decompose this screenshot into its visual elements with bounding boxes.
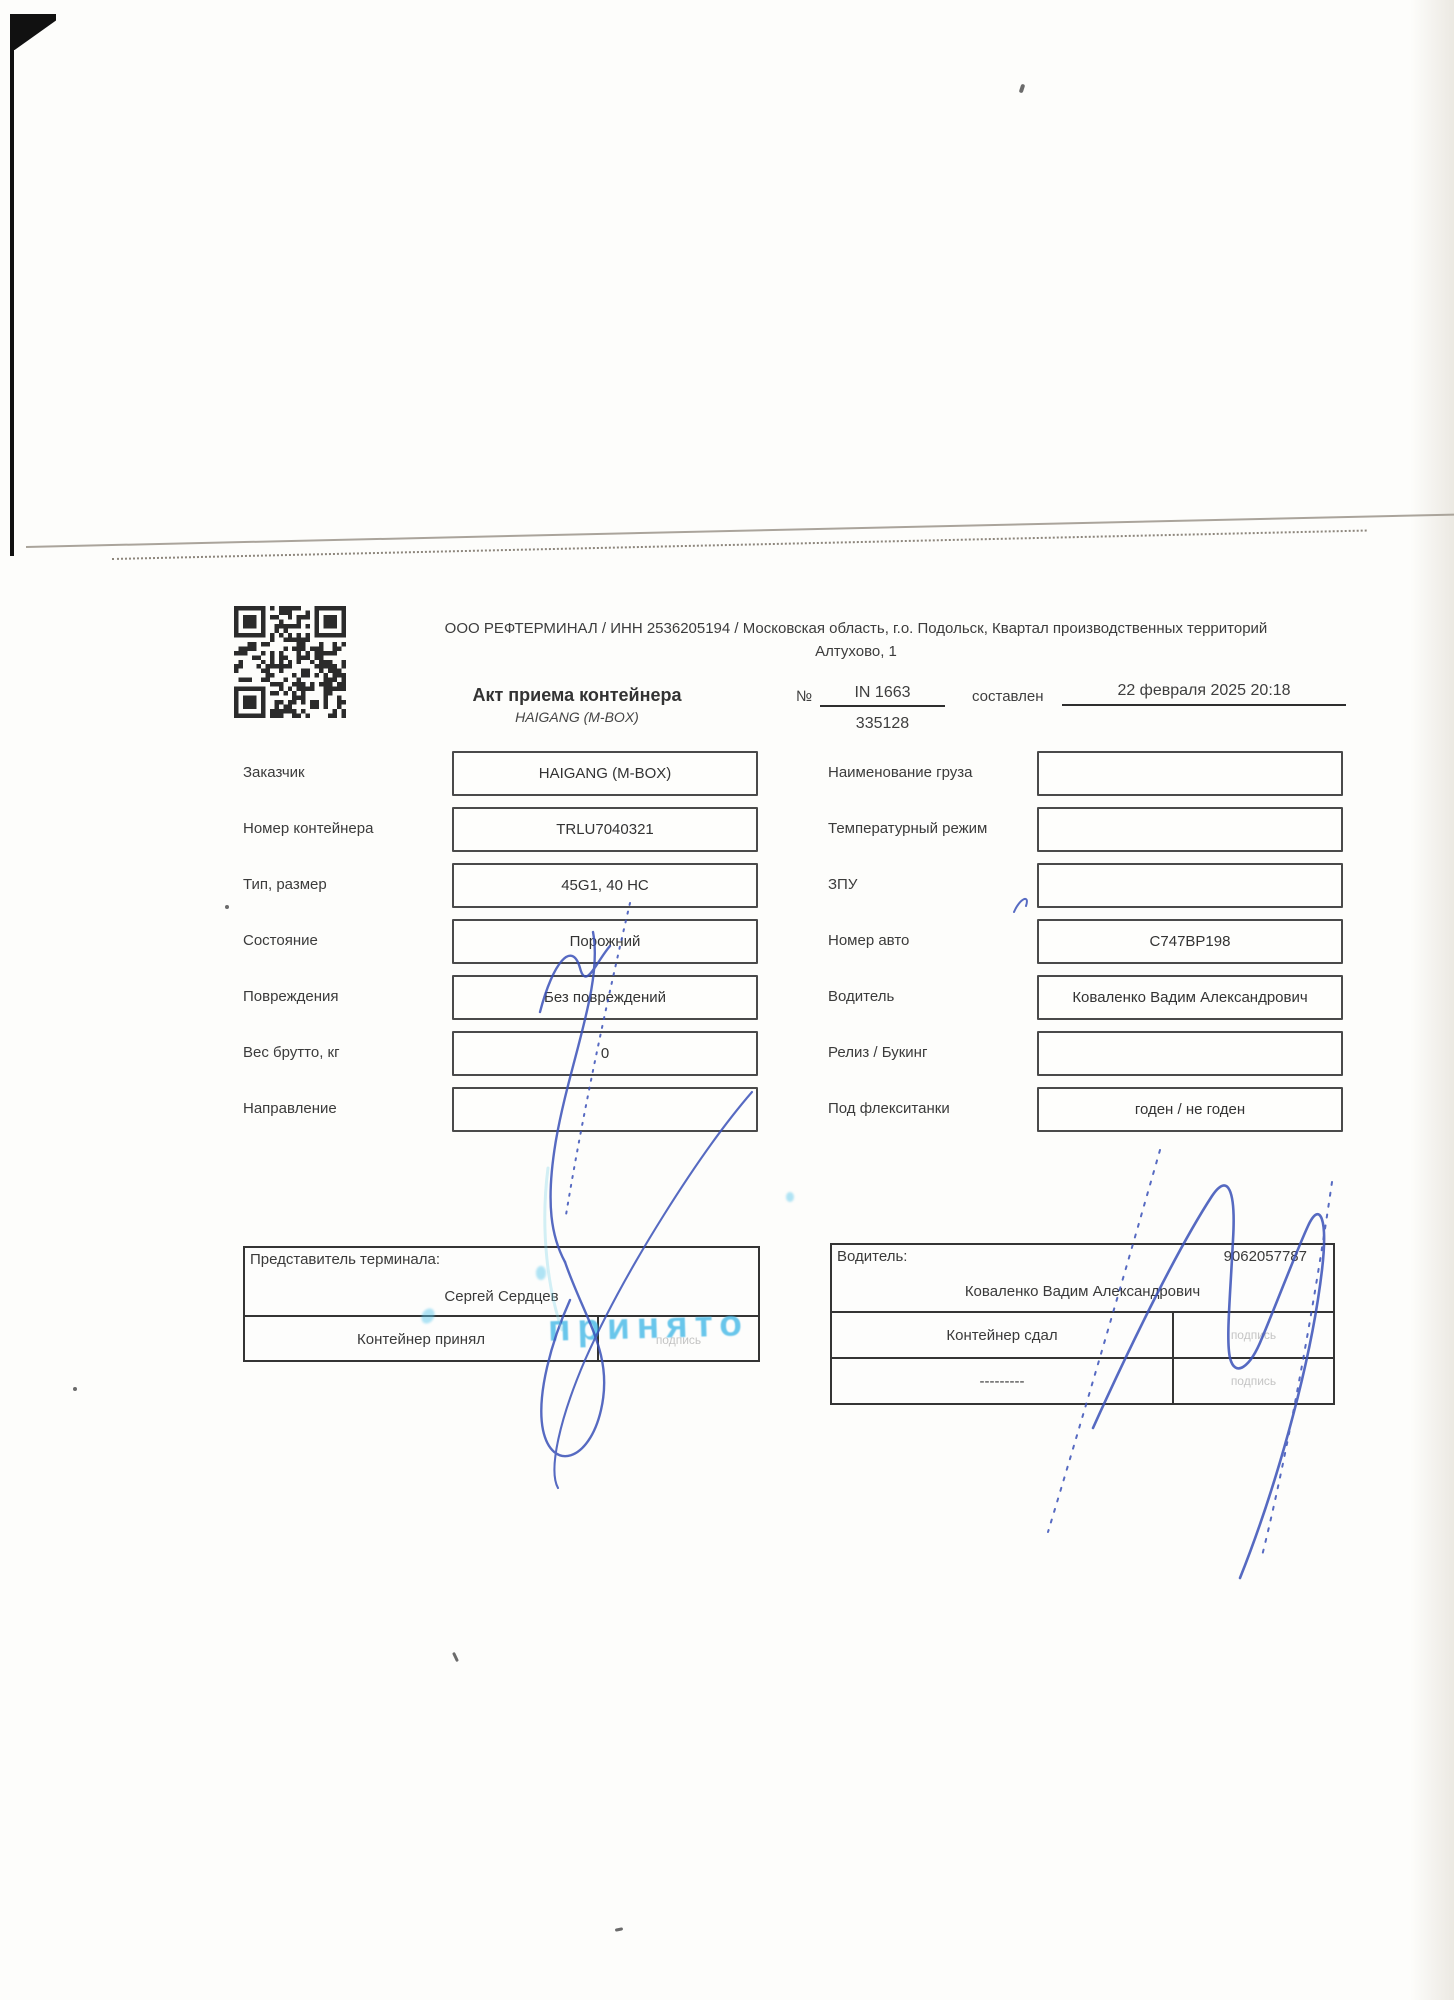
field-label-customer: Заказчик xyxy=(243,764,305,781)
field-label-cargo-name: Наименование груза xyxy=(828,764,973,781)
paper-fold-dotted-line xyxy=(112,530,1367,560)
field-value-type-size: 45G1, 40 HC xyxy=(452,863,758,908)
qr-code xyxy=(234,606,346,718)
driver-box-header: Водитель: xyxy=(837,1248,907,1265)
field-value-driver: Коваленко Вадим Александрович xyxy=(1037,975,1343,1020)
driver-name: Коваленко Вадим Александрович xyxy=(832,1283,1333,1300)
field-label-gross-weight: Вес брутто, кг xyxy=(243,1044,340,1061)
scanned-document: ООО РЕФТЕРМИНАЛ / ИНН 2536205194 / Моско… xyxy=(0,0,1454,2000)
composed-date: 22 февраля 2025 20:18 xyxy=(1062,682,1346,706)
field-value-cargo-name xyxy=(1037,751,1343,796)
field-label-damages: Повреждения xyxy=(243,988,339,1005)
ink-speck xyxy=(452,1652,459,1662)
field-label-condition: Состояние xyxy=(243,932,318,949)
stamp-smudge xyxy=(536,1266,546,1280)
field-label-temperature: Температурный режим xyxy=(828,820,987,837)
field-value-container-no: TRLU7040321 xyxy=(452,807,758,852)
field-label-direction: Направление xyxy=(243,1100,337,1117)
driver-phone: 9062057787 xyxy=(1224,1248,1307,1265)
org-line2: Алтухово, 1 xyxy=(815,643,897,660)
field-label-truck-no: Номер авто xyxy=(828,932,909,949)
field-value-condition: Порожний xyxy=(452,919,758,964)
terminal-representative-name: Сергей Сердцев xyxy=(245,1288,758,1305)
field-value-release-booking xyxy=(1037,1031,1343,1076)
document-title: Акт приема контейнера xyxy=(427,685,727,706)
field-value-damages: Без повреждений xyxy=(452,975,758,1020)
scan-corner-artifact xyxy=(10,14,56,50)
driver-action-label: Контейнер сдал xyxy=(832,1313,1172,1357)
field-value-customer: HAIGANG (M-BOX) xyxy=(452,751,758,796)
field-value-seal xyxy=(1037,863,1343,908)
accepted-stamp: принято xyxy=(547,1302,749,1350)
driver-signature-cell-1: подпись xyxy=(1172,1313,1333,1357)
ink-speck xyxy=(1019,84,1026,94)
ink-speck xyxy=(73,1387,77,1391)
composed-label: составлен xyxy=(972,688,1044,705)
terminal-action-label: Контейнер принял xyxy=(245,1317,597,1362)
field-value-truck-no: С747ВР198 xyxy=(1037,919,1343,964)
driver-box: Водитель: 9062057787 Коваленко Вадим Але… xyxy=(830,1243,1335,1405)
field-value-temperature xyxy=(1037,807,1343,852)
stamp-smudge xyxy=(786,1192,794,1202)
field-label-flexitank: Под флекситанки xyxy=(828,1100,950,1117)
driver-dashes: --------- xyxy=(832,1359,1172,1403)
signature-placeholder: подпись xyxy=(1231,1328,1276,1342)
scan-edge-line xyxy=(10,14,14,556)
field-label-driver: Водитель xyxy=(828,988,894,1005)
field-label-container-no: Номер контейнера xyxy=(243,820,373,837)
signature-placeholder: подпись xyxy=(1231,1374,1276,1388)
field-label-seal: ЗПУ xyxy=(828,876,857,893)
document-subtitle: HAIGANG (M-BOX) xyxy=(427,709,727,725)
field-value-direction xyxy=(452,1087,758,1132)
org-line1: ООО РЕФТЕРМИНАЛ / ИНН 2536205194 / Моско… xyxy=(445,620,1268,637)
ink-speck xyxy=(615,1927,623,1932)
field-label-type-size: Тип, размер xyxy=(243,876,327,893)
terminal-box-header: Представитель терминала: xyxy=(250,1251,440,1268)
ink-speck xyxy=(225,905,229,909)
doc-number-label: № xyxy=(796,688,812,705)
field-value-flexitank: годен / не годен xyxy=(1037,1087,1343,1132)
organization-header: ООО РЕФТЕРМИНАЛ / ИНН 2536205194 / Моско… xyxy=(362,618,1350,663)
field-label-release-booking: Релиз / Букинг xyxy=(828,1044,927,1061)
doc-number-line1: IN 1663 xyxy=(820,684,945,707)
driver-signature-cell-2: подпись xyxy=(1172,1359,1333,1403)
doc-number-line2: 335128 xyxy=(820,715,945,733)
field-value-gross-weight: 0 xyxy=(452,1031,758,1076)
